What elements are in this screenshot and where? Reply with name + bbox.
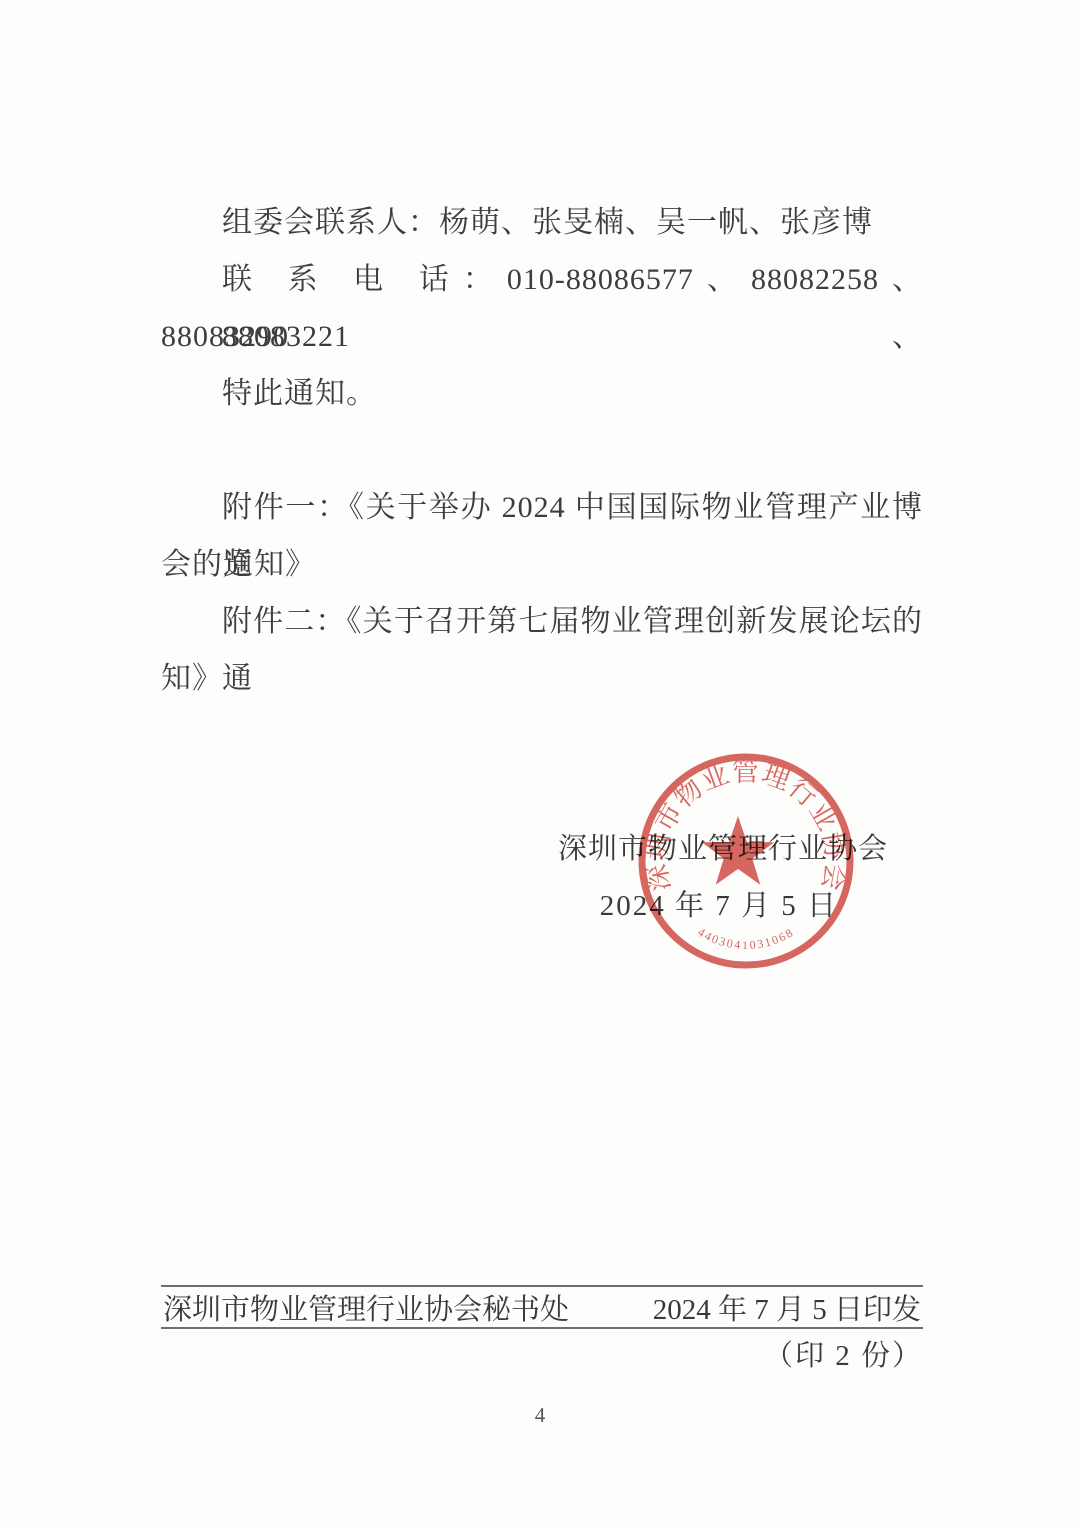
- body-line-attachment-2: 附件二：《关于召开第七届物业管理创新发展论坛的通: [161, 593, 923, 650]
- document-footer: 深圳市物业管理行业协会秘书处 2024 年 7 月 5 日印发 （印 2 份）: [161, 1285, 923, 1379]
- footer-copies: （印 2 份）: [161, 1329, 923, 1379]
- footer-issuer: 深圳市物业管理行业协会秘书处: [163, 1287, 569, 1328]
- body-line-contacts: 组委会联系人：杨萌、张旻楠、吴一帆、张彦博: [161, 194, 923, 251]
- page-number: 4: [0, 1403, 1080, 1428]
- body-line-notice: 特此通知。: [161, 365, 923, 422]
- body-line-attachment-1: 附件一：《关于举办 2024 中国国际物业管理产业博览: [161, 479, 923, 536]
- notice-body: 组委会联系人：杨萌、张旻楠、吴一帆、张彦博 联 系 电 话：010-880865…: [161, 194, 923, 707]
- seal-star-icon: [702, 816, 774, 885]
- footer-print-date: 2024 年 7 月 5 日印发: [653, 1287, 921, 1328]
- body-line-attachment-2-wrap: 知》: [161, 650, 923, 707]
- body-line-blank: [161, 422, 923, 479]
- body-line-phones: 联 系 电 话：010-88086577、88082258、88083221、: [161, 251, 923, 308]
- document-page: 组委会联系人：杨萌、张旻楠、吴一帆、张彦博 联 系 电 话：010-880865…: [0, 0, 1080, 1527]
- body-line-attachment-1-wrap: 会的通知》: [161, 536, 923, 593]
- official-seal: 深圳市物业管理行业协会 4403041031068: [620, 736, 872, 988]
- seal-serial-number: 4403041031068: [695, 925, 796, 952]
